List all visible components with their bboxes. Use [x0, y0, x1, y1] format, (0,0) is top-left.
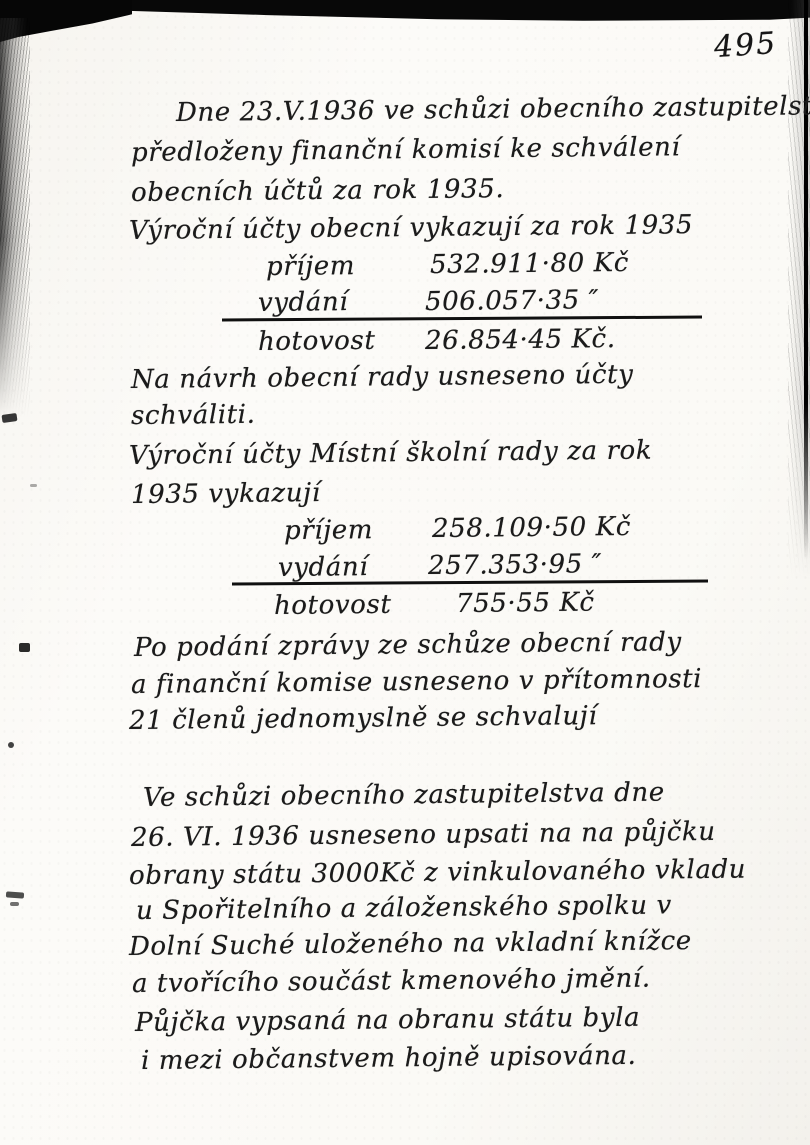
account-row-label: vydání [258, 287, 348, 318]
scan-speck [6, 891, 24, 898]
scanned-chronicle-page: 495 Dne 23.V.1936 ve schůzi obecního zas… [0, 0, 810, 1145]
handwritten-line: a finanční komise usneseno v přítomnosti [131, 664, 702, 700]
account-row-value: 532.911·80 Kč [430, 248, 629, 280]
handwritten-line: obrany státu 3000Kč z vinkulovaného vkla… [129, 855, 746, 891]
account-row-value: 506.057·35 ″ [425, 285, 599, 317]
scan-right-edge-line [804, 0, 808, 560]
account-row-label: hotovost [274, 590, 392, 621]
handwritten-line: Výroční účty Místní školní rady za rok [129, 436, 652, 471]
page-number: 495 [713, 26, 779, 65]
scan-speck [19, 643, 30, 652]
scan-left-edge-grain [0, 18, 30, 418]
handwritten-line: 1935 vykazují [131, 478, 321, 510]
scan-speck [30, 484, 37, 487]
handwritten-line: a tvořícího součást kmenového jmění. [132, 964, 651, 999]
handwritten-line: Dolní Suché uloženého na vkladní knížce [129, 926, 692, 962]
account-row-label: vydání [278, 552, 368, 583]
scan-speck [2, 413, 18, 423]
account-row-label: příjem [284, 515, 373, 546]
handwritten-line: u Spořitelního a záloženského spolku v [136, 890, 672, 926]
handwritten-line: 21 členů jednomyslně se schvalují [129, 701, 598, 736]
handwritten-line: i mezi občanstvem hojně upisována. [141, 1041, 637, 1076]
handwritten-line: Dne 23.V.1936 ve schůzi obecního zastupi… [176, 91, 810, 128]
account-row-value: 755·55 Kč [456, 588, 595, 619]
account-row-label: hotovost [258, 326, 376, 357]
account-row-value: 26.854·45 Kč. [425, 324, 616, 356]
account-row-value: 258.109·50 Kč [432, 512, 631, 544]
handwritten-line: Po podání zprávy ze schůze obecní rady [134, 627, 682, 663]
handwritten-line: Půjčka vypsaná na obranu státu byla [135, 1003, 640, 1038]
handwritten-line: schváliti. [131, 400, 256, 431]
handwritten-line: obecních účtů za rok 1935. [131, 174, 505, 208]
handwritten-line: Na návrh obecní rady usneseno účty [131, 360, 634, 395]
handwritten-line: Ve schůzi obecního zastupitelstva dne [143, 778, 665, 813]
scan-speck [10, 902, 19, 906]
handwritten-line: Výroční účty obecní vykazují za rok 1935 [129, 210, 693, 246]
scan-speck [8, 742, 14, 748]
handwritten-line: 26. VI. 1936 usneseno upsati na na půjčk… [131, 817, 716, 853]
account-row-value: 257.353·95 ″ [428, 549, 602, 581]
handwritten-line: předloženy finanční komisí ke schválení [131, 132, 681, 168]
account-row-label: příjem [266, 251, 355, 282]
